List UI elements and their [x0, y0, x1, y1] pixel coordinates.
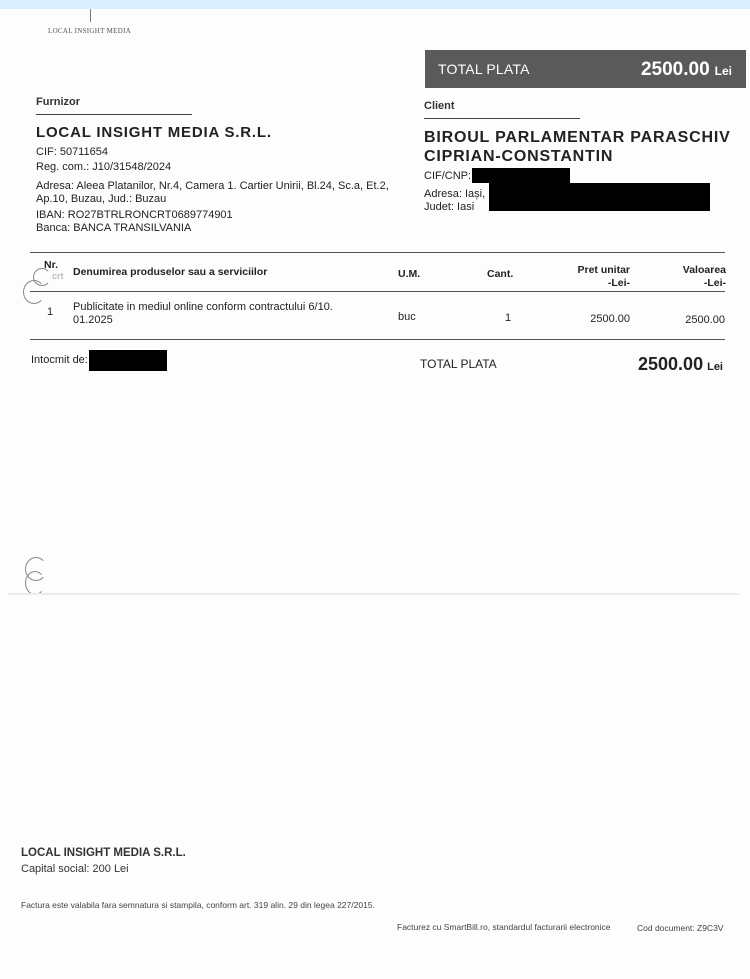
- footer-company-name: LOCAL INSIGHT MEDIA S.R.L.: [21, 847, 186, 859]
- col-header-unit-price: Pret unitar -Lei-: [540, 264, 630, 290]
- client-address-label: Adresa: Iași,: [424, 188, 485, 201]
- punch-hole-mark: [23, 280, 45, 304]
- total-amount: 2500.00Lei: [641, 59, 732, 81]
- client-name-line2: CIPRIAN-CONSTANTIN: [424, 147, 731, 166]
- total-amount-value: 2500.00: [641, 59, 710, 80]
- footer-legal-note: Factura este valabila fara semnatura si …: [21, 900, 375, 910]
- client-county: Judet: Iasi: [424, 201, 474, 214]
- col-header-unit-price-unit: -Lei-: [540, 277, 630, 290]
- col-header-value-unit: -Lei-: [636, 277, 726, 290]
- row-name-line1: Publicitate in mediul online conform con…: [73, 301, 373, 314]
- total-label: TOTAL PLATA: [438, 61, 530, 77]
- supplier-reg-com: Reg. com.: J10/31548/2024: [36, 161, 171, 174]
- supplier-address: Adresa: Aleea Platanilor, Nr.4, Camera 1…: [36, 180, 416, 206]
- redacted-client-address: [489, 183, 710, 211]
- footer-doc-code: Cod document: Z9C3V: [637, 923, 723, 933]
- client-cif-label: CIF/CNP:: [424, 170, 471, 183]
- col-header-qty: Cant.: [487, 268, 513, 281]
- col-header-nr-sub: crt: [52, 270, 64, 283]
- supplier-address-line1: Adresa: Aleea Platanilor, Nr.4, Camera 1…: [36, 180, 416, 193]
- footer-smartbill: Facturez cu SmartBill.ro, standardul fac…: [397, 922, 611, 932]
- row-name-line2: 01.2025: [73, 314, 373, 327]
- row-value: 2500.00: [636, 314, 725, 327]
- redacted-prepared-by: [89, 350, 167, 371]
- supplier-bank: Banca: BANCA TRANSILVANIA: [36, 222, 191, 235]
- row-nr: 1: [47, 306, 53, 319]
- punch-hole-mark: [25, 571, 45, 595]
- col-header-value: Valoarea -Lei-: [636, 264, 726, 290]
- summary-total-currency: Lei: [707, 361, 723, 373]
- supplier-cif: CIF: 50711654: [36, 146, 108, 159]
- col-header-um: U.M.: [398, 268, 420, 281]
- client-underline: [424, 118, 580, 119]
- summary-total-label: TOTAL PLATA: [420, 357, 497, 371]
- table-bottom-rule: [30, 339, 725, 340]
- summary-total-value: 2500.00: [638, 354, 703, 374]
- page-fold-line: [8, 593, 740, 595]
- supplier-address-line2: Ap.10, Buzau, Jud.: Buzau: [36, 193, 416, 206]
- logo-mark: [90, 9, 91, 22]
- client-name: BIROUL PARLAMENTAR PARASCHIV CIPRIAN-CON…: [424, 128, 731, 166]
- supplier-iban: IBAN: RO27BTRLRONCRT0689774901: [36, 209, 233, 222]
- table-header-rule: [30, 291, 725, 292]
- company-logo: LOCAL INSIGHT MEDIA: [48, 27, 131, 35]
- table-top-rule: [30, 252, 725, 253]
- row-um: buc: [398, 311, 416, 324]
- redacted-client-cif: [472, 168, 570, 183]
- row-name: Publicitate in mediul online conform con…: [73, 301, 373, 327]
- supplier-name: LOCAL INSIGHT MEDIA S.R.L.: [36, 124, 272, 141]
- client-section-label: Client: [424, 100, 455, 112]
- col-header-value-label: Valoarea: [636, 264, 726, 277]
- col-header-unit-price-label: Pret unitar: [540, 264, 630, 277]
- supplier-underline: [36, 114, 192, 115]
- viewer-top-bar: [0, 0, 750, 9]
- row-qty: 1: [505, 312, 511, 325]
- supplier-section-label: Furnizor: [36, 96, 80, 108]
- footer-capital: Capital social: 200 Lei: [21, 863, 129, 875]
- total-payment-box: TOTAL PLATA 2500.00Lei: [425, 50, 746, 88]
- summary-total-amount: 2500.00Lei: [638, 354, 723, 375]
- col-header-name: Denumirea produselor sau a serviciilor: [73, 266, 267, 279]
- client-name-line1: BIROUL PARLAMENTAR PARASCHIV: [424, 128, 731, 147]
- total-currency: Lei: [715, 64, 732, 78]
- row-unit-price: 2500.00: [540, 313, 630, 326]
- prepared-by-label: Intocmit de:: [31, 354, 88, 367]
